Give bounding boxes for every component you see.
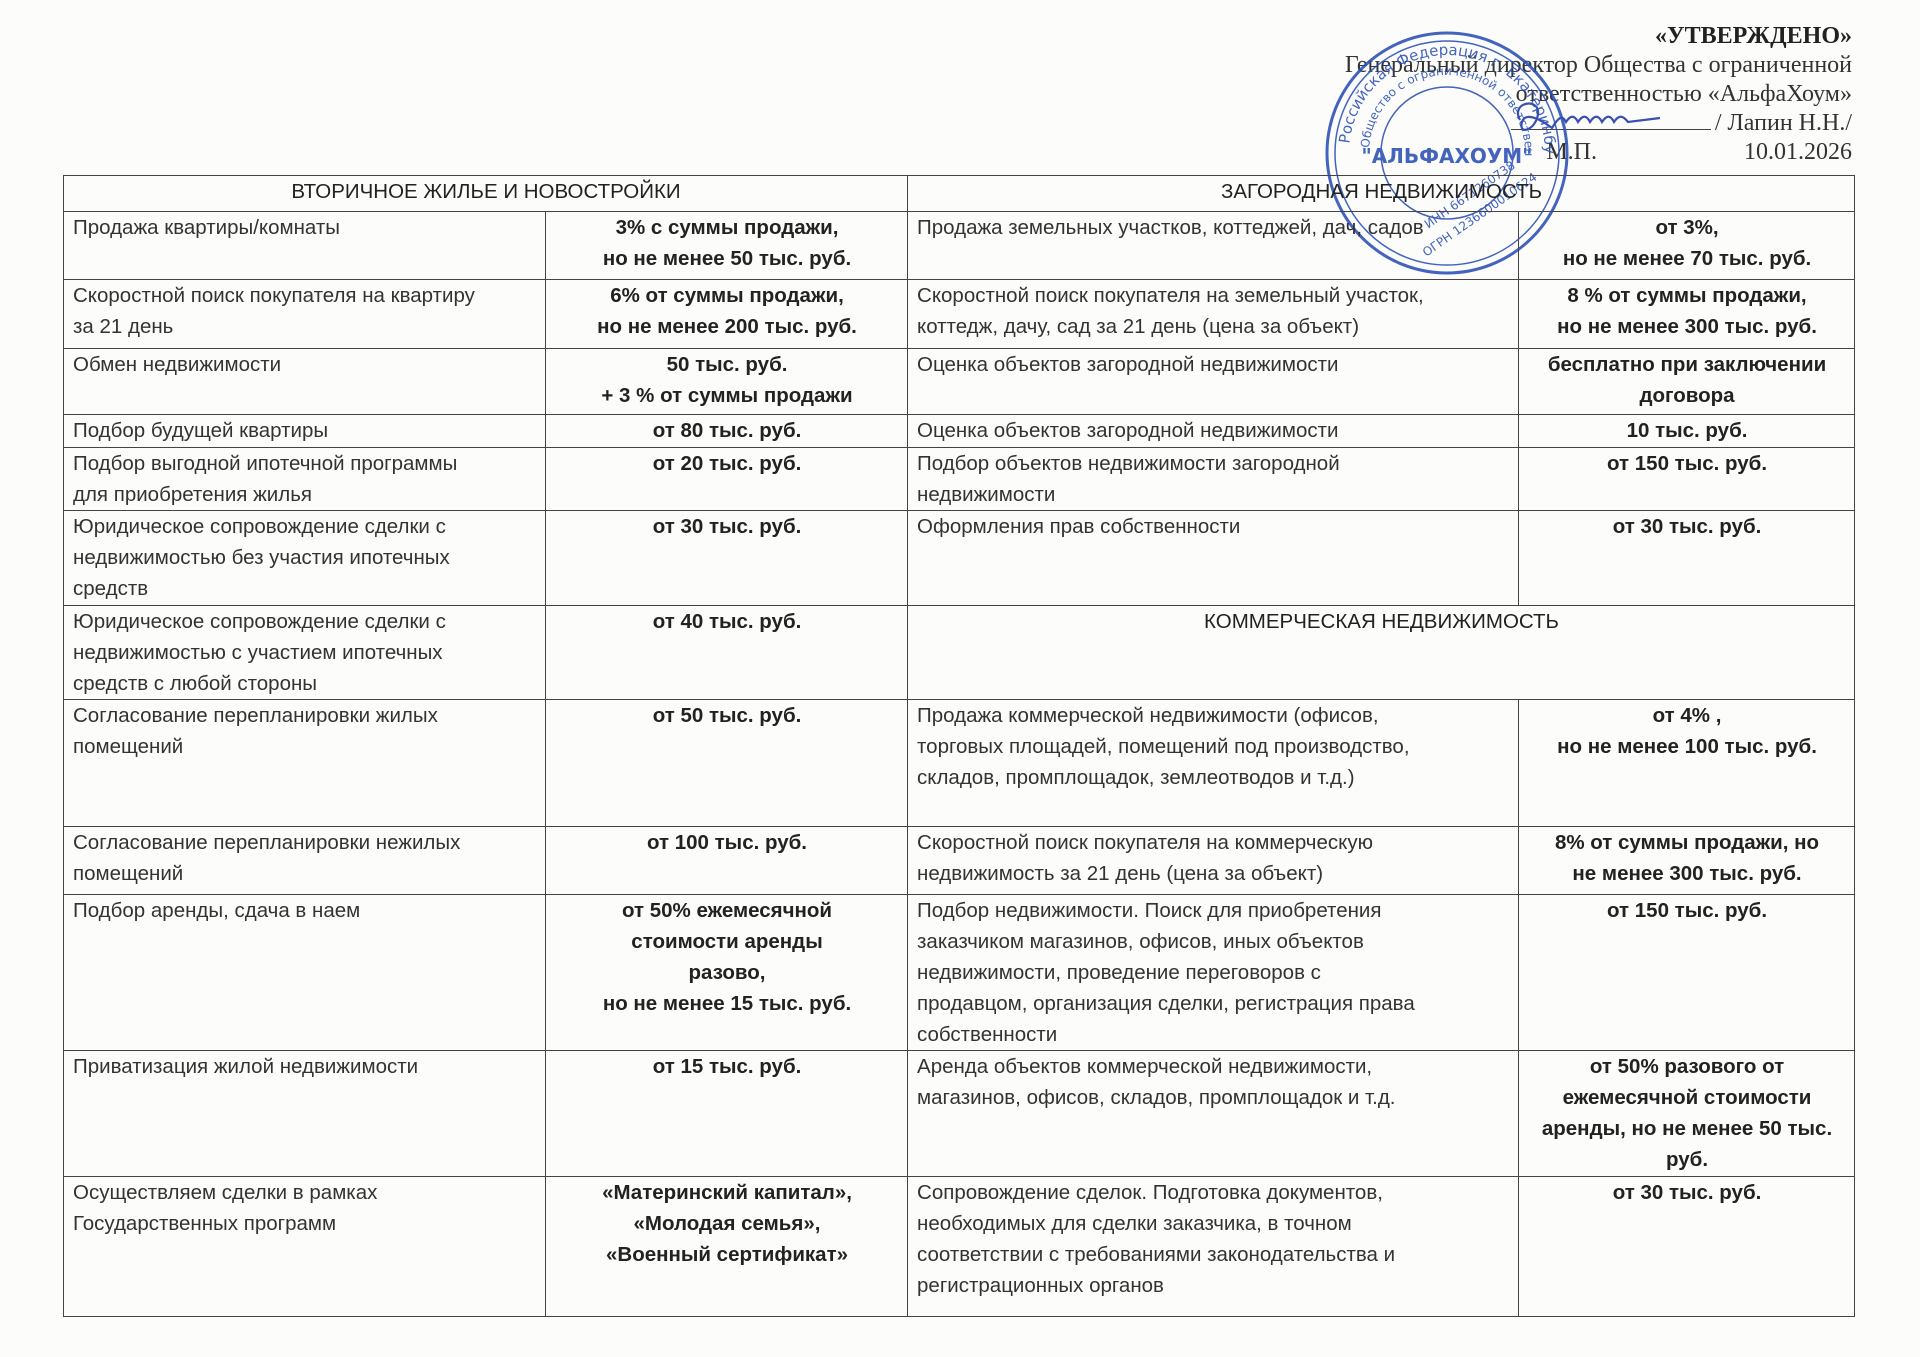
table-row: Согласование перепланировки жилыхпомещен… (64, 700, 1855, 827)
service-name-line: Продажа земельных участков, коттеджей, д… (917, 212, 1510, 243)
service-name-line: магазинов, офисов, складов, промплощадок… (917, 1082, 1510, 1113)
service-price-line: от 30 тыс. руб. (1528, 511, 1846, 542)
table-row: Юридическое сопровождение сделки снедвиж… (64, 511, 1855, 606)
service-name: Продажа земельных участков, коттеджей, д… (908, 212, 1519, 280)
table-row: Приватизация жилой недвижимостиот 15 тыс… (64, 1051, 1855, 1177)
service-name-line: Аренда объектов коммерческой недвижимост… (917, 1051, 1510, 1082)
service-price: от 150 тыс. руб. (1519, 448, 1855, 511)
service-price: от 80 тыс. руб. (546, 415, 908, 448)
service-name: Согласование перепланировки жилыхпомещен… (64, 700, 546, 827)
section-title-suburban: ЗАГОРОДНАЯ НЕДВИЖИМОСТЬ (908, 176, 1855, 212)
service-price-line: 6% от суммы продажи, (555, 280, 899, 311)
service-name: Подбор недвижимости. Поиск для приобрете… (908, 895, 1519, 1051)
service-price-line: 50 тыс. руб. (555, 349, 899, 380)
service-price-line: от 100 тыс. руб. (555, 827, 899, 858)
service-name: Оценка объектов загородной недвижимости (908, 415, 1519, 448)
service-price: от 50% разового отежемесячной стоимостиа… (1519, 1051, 1855, 1177)
service-price: 3% с суммы продажи,но не менее 50 тыс. р… (546, 212, 908, 280)
service-name: Юридическое сопровождение сделки снедвиж… (64, 511, 546, 606)
service-name-line: собственности (917, 1019, 1510, 1050)
service-price: от 30 тыс. руб. (1519, 1177, 1855, 1317)
service-name-line: Оценка объектов загородной недвижимости (917, 349, 1510, 380)
table-row: Подбор выгодной ипотечной программыдля п… (64, 448, 1855, 511)
service-name-line: необходимых для сделки заказчика, в точн… (917, 1208, 1510, 1239)
service-price: 8% от суммы продажи, ноне менее 300 тыс.… (1519, 827, 1855, 895)
service-price: от 50% ежемесячнойстоимости арендыразово… (546, 895, 908, 1051)
service-name-line: Осуществляем сделки в рамках (73, 1177, 537, 1208)
service-price-line: от 15 тыс. руб. (555, 1051, 899, 1082)
service-price-line: но не менее 70 тыс. руб. (1528, 243, 1846, 274)
service-name-line: заказчиком магазинов, офисов, иных объек… (917, 926, 1510, 957)
service-price-line: но не менее 15 тыс. руб. (555, 988, 899, 1019)
service-price: от 30 тыс. руб. (546, 511, 908, 606)
service-name-line: складов, промплощадок, землеотводов и т.… (917, 762, 1510, 793)
section-title-commercial: КОММЕРЧЕСКАЯ НЕДВИЖИМОСТЬ (908, 606, 1855, 700)
service-price: «Материнский капитал»,«Молодая семья»,«В… (546, 1177, 908, 1317)
approval-position-line2: ответственностью «АльфаХоум» (1345, 80, 1852, 109)
service-name-line: Оформления прав собственности (917, 511, 1510, 542)
service-price-line: бесплатно при заключении (1528, 349, 1846, 380)
service-price-line: «Материнский капитал», (555, 1177, 899, 1208)
service-name-line: Юридическое сопровождение сделки с (73, 606, 537, 637)
service-price: от 20 тыс. руб. (546, 448, 908, 511)
service-price-line: от 30 тыс. руб. (555, 511, 899, 542)
service-name-line: Сопровождение сделок. Подготовка докумен… (917, 1177, 1510, 1208)
approval-signature-line: / Лапин Н.Н./ (1345, 109, 1852, 138)
service-name-line: недвижимость за 21 день (цена за объект) (917, 858, 1510, 889)
service-price-line: руб. (1528, 1144, 1846, 1175)
service-price-line: «Молодая семья», (555, 1208, 899, 1239)
service-name: Аренда объектов коммерческой недвижимост… (908, 1051, 1519, 1177)
signature-blank (1511, 109, 1711, 130)
service-name-line: Подбор объектов недвижимости загородной (917, 448, 1510, 479)
service-name-line: Подбор выгодной ипотечной программы (73, 448, 537, 479)
service-name-line: Скоростной поиск покупателя на коммерчес… (917, 827, 1510, 858)
seal-mark: М.П. (1546, 138, 1597, 167)
service-name-line: недвижимости (917, 479, 1510, 510)
service-price-line: от 40 тыс. руб. (555, 606, 899, 637)
service-name-line: средств с любой стороны (73, 668, 537, 699)
service-name-line: Подбор будущей квартиры (73, 415, 537, 446)
service-name: Подбор объектов недвижимости загороднойн… (908, 448, 1519, 511)
service-price-line: от 150 тыс. руб. (1528, 448, 1846, 479)
service-price: от 4% ,но не менее 100 тыс. руб. (1519, 700, 1855, 827)
service-price-line: + 3 % от суммы продажи (555, 380, 899, 411)
service-name: Оформления прав собственности (908, 511, 1519, 606)
table-row: Осуществляем сделки в рамкахГосударствен… (64, 1177, 1855, 1317)
approval-position-line1: Генеральный директор Общества с ограниче… (1345, 51, 1852, 80)
service-price: от 15 тыс. руб. (546, 1051, 908, 1177)
service-name-line: Оценка объектов загородной недвижимости (917, 415, 1510, 446)
signer-name: / Лапин Н.Н./ (1715, 110, 1852, 136)
service-price: от 100 тыс. руб. (546, 827, 908, 895)
service-name-line: для приобретения жилья (73, 479, 537, 510)
approval-date-line: М.П. 10.01.2026 (1345, 138, 1852, 167)
service-name-line: Скоростной поиск покупателя на земельный… (917, 280, 1510, 311)
service-name-line: Подбор аренды, сдача в наем (73, 895, 537, 926)
service-price: от 40 тыс. руб. (546, 606, 908, 700)
service-name-line: помещений (73, 731, 537, 762)
service-price-line: от 30 тыс. руб. (1528, 1177, 1846, 1208)
service-name-line: торговых площадей, помещений под произво… (917, 731, 1510, 762)
service-name-line: Согласование перепланировки нежилых (73, 827, 537, 858)
section-title-residential: ВТОРИЧНОЕ ЖИЛЬЕ И НОВОСТРОЙКИ (64, 176, 908, 212)
service-name: Подбор будущей квартиры (64, 415, 546, 448)
service-name-line: Государственных программ (73, 1208, 537, 1239)
service-price-line: от 50% разового от (1528, 1051, 1846, 1082)
service-name: Оценка объектов загородной недвижимости (908, 349, 1519, 415)
service-price: 10 тыс. руб. (1519, 415, 1855, 448)
approval-title: «УТВЕРЖДЕНО» (1345, 22, 1852, 51)
service-price: от 150 тыс. руб. (1519, 895, 1855, 1051)
service-name-line: Подбор недвижимости. Поиск для приобрете… (917, 895, 1510, 926)
service-price: бесплатно при заключениидоговора (1519, 349, 1855, 415)
service-price-line: 3% с суммы продажи, (555, 212, 899, 243)
service-name-line: помещений (73, 858, 537, 889)
service-price-line: разово, (555, 957, 899, 988)
service-price: от 30 тыс. руб. (1519, 511, 1855, 606)
section-header-row: ВТОРИЧНОЕ ЖИЛЬЕ И НОВОСТРОЙКИЗАГОРОДНАЯ … (64, 176, 1855, 212)
service-name-line: средств (73, 573, 537, 604)
service-name: Скоростной поиск покупателя на земельный… (908, 280, 1519, 349)
service-price-line: от 150 тыс. руб. (1528, 895, 1846, 926)
service-price-line: от 3%, (1528, 212, 1846, 243)
service-name: Продажа коммерческой недвижимости (офисо… (908, 700, 1519, 827)
service-name-line: недвижимости, проведение переговоров с (917, 957, 1510, 988)
price-table: ВТОРИЧНОЕ ЖИЛЬЕ И НОВОСТРОЙКИЗАГОРОДНАЯ … (63, 175, 1855, 1317)
service-name-line: продавцом, организация сделки, регистрац… (917, 988, 1510, 1019)
service-price-line: но не менее 200 тыс. руб. (555, 311, 899, 342)
service-name-line: Продажа квартиры/комнаты (73, 212, 537, 243)
service-price-line: но не менее 100 тыс. руб. (1528, 731, 1846, 762)
table-row: Юридическое сопровождение сделки снедвиж… (64, 606, 1855, 700)
service-price-line: от 4% , (1528, 700, 1846, 731)
service-name: Скоростной поиск покупателя на коммерчес… (908, 827, 1519, 895)
service-name-line: Юридическое сопровождение сделки с (73, 511, 537, 542)
service-price: от 3%,но не менее 70 тыс. руб. (1519, 212, 1855, 280)
service-price: 8 % от суммы продажи,но не менее 300 тыс… (1519, 280, 1855, 349)
service-price-line: аренды, но не менее 50 тыс. (1528, 1113, 1846, 1144)
service-price-line: от 50% ежемесячной (555, 895, 899, 926)
service-price: 50 тыс. руб.+ 3 % от суммы продажи (546, 349, 908, 415)
service-name: Согласование перепланировки нежилыхпомещ… (64, 827, 546, 895)
service-price-line: 8% от суммы продажи, но (1528, 827, 1846, 858)
table-row: Согласование перепланировки нежилыхпомещ… (64, 827, 1855, 895)
service-price-line: от 50 тыс. руб. (555, 700, 899, 731)
service-price-line: «Военный сертификат» (555, 1239, 899, 1270)
service-price-line: но не менее 300 тыс. руб. (1528, 311, 1846, 342)
service-name: Подбор выгодной ипотечной программыдля п… (64, 448, 546, 511)
service-name-line: недвижимостью без участия ипотечных (73, 542, 537, 573)
service-name-line: за 21 день (73, 311, 537, 342)
service-name: Осуществляем сделки в рамкахГосударствен… (64, 1177, 546, 1317)
service-price-line: от 80 тыс. руб. (555, 415, 899, 446)
service-price-line: 8 % от суммы продажи, (1528, 280, 1846, 311)
service-price-line: ежемесячной стоимости (1528, 1082, 1846, 1113)
service-name-line: коттедж, дачу, сад за 21 день (цена за о… (917, 311, 1510, 342)
table-row: Подбор будущей квартирыот 80 тыс. руб.Оц… (64, 415, 1855, 448)
service-name-line: Согласование перепланировки жилых (73, 700, 537, 731)
service-name: Скоростной поиск покупателя на квартируз… (64, 280, 546, 349)
service-name-line: регистрационных органов (917, 1270, 1510, 1301)
service-name: Юридическое сопровождение сделки снедвиж… (64, 606, 546, 700)
table-row: Подбор аренды, сдача в наемот 50% ежемес… (64, 895, 1855, 1051)
service-name: Приватизация жилой недвижимости (64, 1051, 546, 1177)
service-price-line: но не менее 50 тыс. руб. (555, 243, 899, 274)
table-row: Скоростной поиск покупателя на квартируз… (64, 280, 1855, 349)
service-price: 6% от суммы продажи,но не менее 200 тыс.… (546, 280, 908, 349)
service-price-line: 10 тыс. руб. (1528, 415, 1846, 446)
service-name-line: Приватизация жилой недвижимости (73, 1051, 537, 1082)
service-price-line: стоимости аренды (555, 926, 899, 957)
service-name-line: Обмен недвижимости (73, 349, 537, 380)
service-name-line: Продажа коммерческой недвижимости (офисо… (917, 700, 1510, 731)
approval-block: «УТВЕРЖДЕНО» Генеральный директор Общест… (1345, 22, 1852, 167)
service-price-line: договора (1528, 380, 1846, 411)
service-name-line: недвижимостью с участием ипотечных (73, 637, 537, 668)
table-row: Обмен недвижимости50 тыс. руб.+ 3 % от с… (64, 349, 1855, 415)
service-price: от 50 тыс. руб. (546, 700, 908, 827)
service-name-line: Скоростной поиск покупателя на квартиру (73, 280, 537, 311)
approval-date: 10.01.2026 (1744, 139, 1852, 165)
service-price-line: от 20 тыс. руб. (555, 448, 899, 479)
table-row: Продажа квартиры/комнаты3% с суммы прода… (64, 212, 1855, 280)
service-name: Подбор аренды, сдача в наем (64, 895, 546, 1051)
service-name-line: соответствии с требованиями законодатель… (917, 1239, 1510, 1270)
service-name: Обмен недвижимости (64, 349, 546, 415)
service-name: Сопровождение сделок. Подготовка докумен… (908, 1177, 1519, 1317)
service-name: Продажа квартиры/комнаты (64, 212, 546, 280)
service-price-line: не менее 300 тыс. руб. (1528, 858, 1846, 889)
